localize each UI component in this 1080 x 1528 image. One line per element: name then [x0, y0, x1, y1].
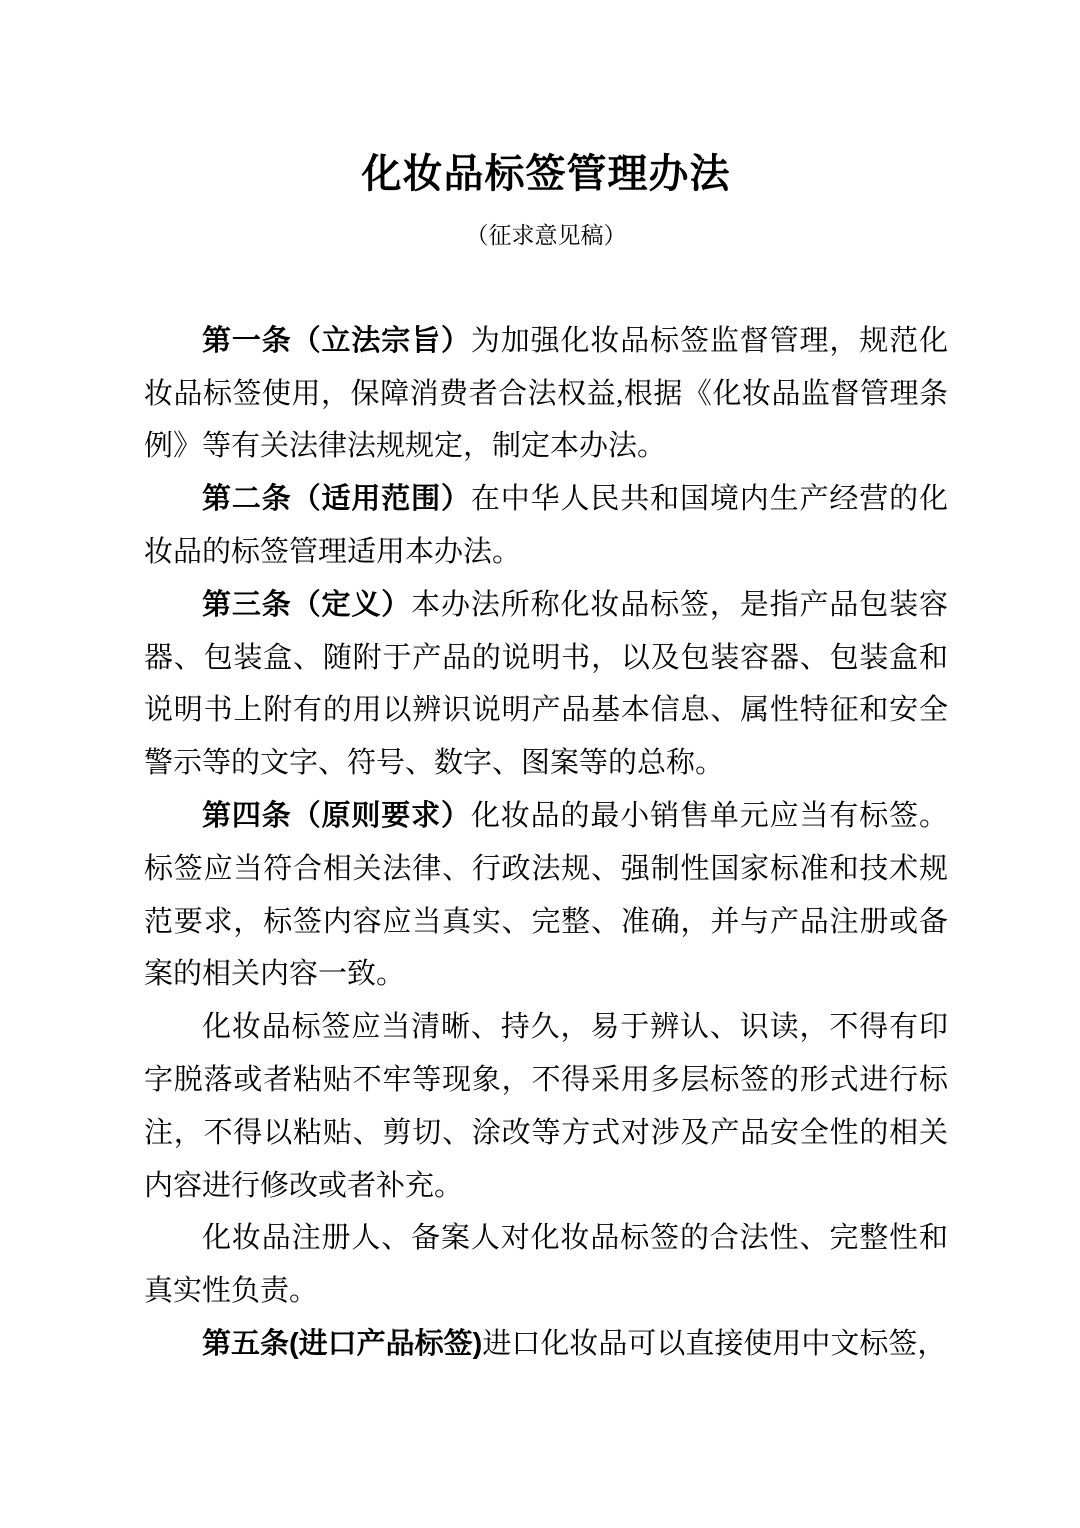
clause-paragraph-1: 第一条（立法宗旨）为加强化妆品标签监督管理，规范化妆品标签使用，保障消费者合法权… — [144, 315, 948, 473]
clause-text: 进口化妆品可以直接使用中文标签， — [482, 1328, 946, 1360]
clause-paragraph-6: 化妆品注册人、备案人对化妆品标签的合法性、完整性和真实性负责。 — [144, 1212, 948, 1318]
clause-heading-article-3: 第三条（定义） — [202, 589, 411, 621]
clause-text: 化妆品注册人、备案人对化妆品标签的合法性、完整性和真实性负责。 — [144, 1222, 948, 1307]
clause-heading-article-2: 第二条（适用范围） — [202, 483, 471, 515]
clause-heading-article-1: 第一条（立法宗旨） — [202, 325, 471, 357]
clause-text: 化妆品标签应当清晰、持久，易于辨认、识读，不得有印字脱落或者粘贴不牢等现象，不得… — [144, 1011, 948, 1201]
clause-paragraph-2: 第二条（适用范围）在中华人民共和国境内生产经营的化妆品的标签管理适用本办法。 — [144, 473, 948, 579]
document-page: 化妆品标签管理办法 （征求意见稿） 第一条（立法宗旨）为加强化妆品标签监督管理，… — [0, 0, 1080, 1528]
document-body: 第一条（立法宗旨）为加强化妆品标签监督管理，规范化妆品标签使用，保障消费者合法权… — [144, 315, 948, 1371]
clause-paragraph-7: 第五条(进口产品标签)进口化妆品可以直接使用中文标签， — [144, 1318, 948, 1371]
document-subtitle: （征求意见稿） — [144, 222, 948, 251]
clause-heading-article-4: 第四条（原则要求） — [202, 800, 471, 832]
clause-heading-article-5: 第五条(进口产品标签) — [202, 1328, 482, 1360]
document-title: 化妆品标签管理办法 — [144, 150, 948, 198]
clause-paragraph-4: 第四条（原则要求）化妆品的最小销售单元应当有标签。标签应当符合相关法律、行政法规… — [144, 790, 948, 1001]
clause-paragraph-3: 第三条（定义）本办法所称化妆品标签，是指产品包装容器、包装盒、随附于产品的说明书… — [144, 579, 948, 790]
clause-paragraph-5: 化妆品标签应当清晰、持久，易于辨认、识读，不得有印字脱落或者粘贴不牢等现象，不得… — [144, 1001, 948, 1212]
